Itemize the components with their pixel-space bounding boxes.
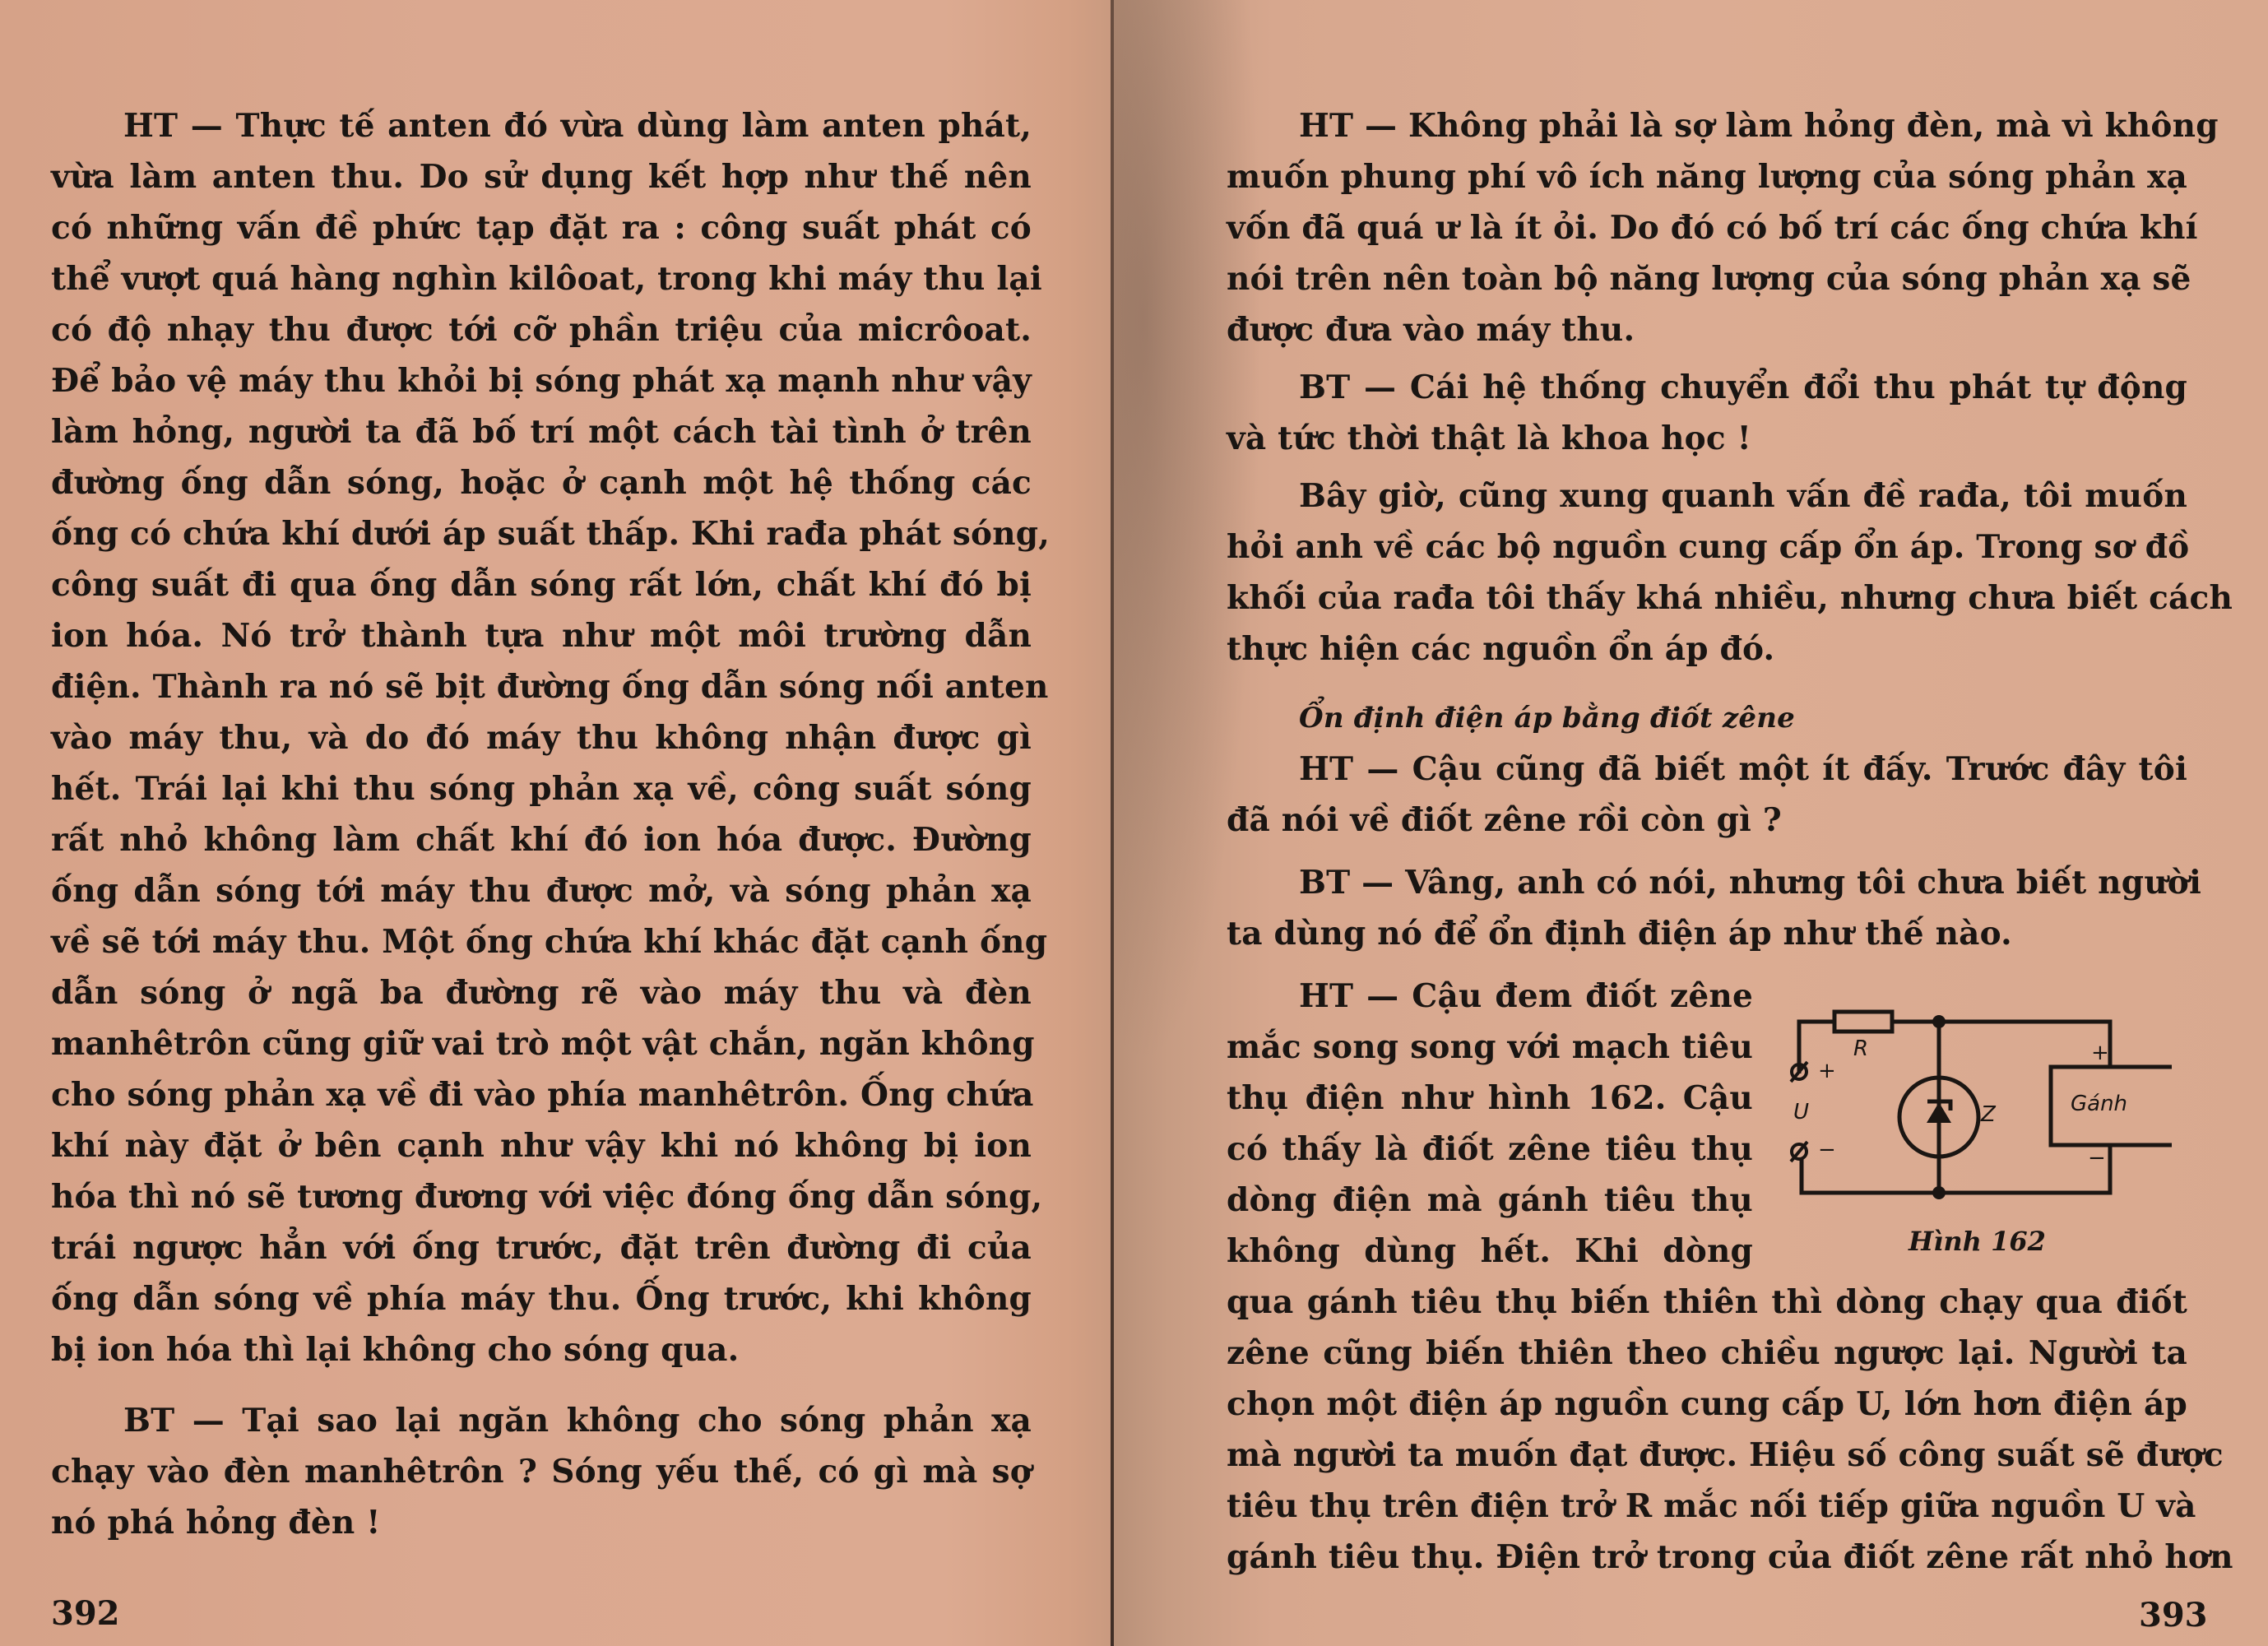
book-spread: HT — Thực tế anten đó vừa dùng làm anten… bbox=[0, 0, 2268, 1646]
text-line: khí này đặt ở bên cạnh như vậy khi nó kh… bbox=[51, 1120, 1032, 1171]
text-line: manhêtrôn cũng giữ vai trò một vật chắn,… bbox=[51, 1018, 1032, 1069]
text-line: đã nói về điốt zêne rồi còn gì ? bbox=[1227, 795, 2187, 846]
text-line: đường ống dẫn sóng, hoặc ở cạnh một hệ t… bbox=[51, 457, 1032, 508]
load-plus-label: + bbox=[2091, 1041, 2109, 1065]
paragraph-gap bbox=[1227, 675, 2187, 693]
resistor-label: R bbox=[1853, 1036, 1868, 1061]
text-line: chạy vào đèn manhêtrôn ? Sóng yếu thế, c… bbox=[51, 1446, 1032, 1497]
figure-caption: Hình 162 bbox=[1909, 1226, 2046, 1257]
text-line: nó phá hỏng đèn ! bbox=[51, 1497, 1032, 1548]
text-line: HT — Thực tế anten đó vừa dùng làm anten… bbox=[51, 100, 1032, 151]
text-line: HT — Cậu cũng đã biết một ít đấy. Trước … bbox=[1227, 744, 2187, 795]
source-label: U bbox=[1793, 1100, 1809, 1124]
paragraph-gap bbox=[1227, 959, 2187, 971]
text-line: BT — Cái hệ thống chuyển đổi thu phát tự… bbox=[1227, 362, 2187, 413]
text-line: được đưa vào máy thu. bbox=[1227, 304, 2187, 355]
zener-label: Z bbox=[1981, 1102, 1996, 1127]
text-line: muốn phung phí vô ích năng lượng của són… bbox=[1227, 151, 2187, 202]
text-line: ion hóa. Nó trở thành tựa như một môi tr… bbox=[51, 610, 1032, 661]
right-page-body: HT — Không phải là sợ làm hỏng đèn, mà v… bbox=[1227, 100, 2187, 1583]
paragraph-gap bbox=[1227, 846, 2187, 857]
text-line: thụ điện như hình 162. Cậu bbox=[1227, 1073, 1753, 1124]
text-line: mà người ta muốn đạt được. Hiệu số công … bbox=[1227, 1430, 2187, 1481]
text-line: thể vượt quá hàng nghìn kilôoat, trong k… bbox=[51, 253, 1032, 304]
text-line: dòng điện mà gánh tiêu thụ bbox=[1227, 1175, 1753, 1226]
text-line: tiêu thụ trên điện trở R mắc nối tiếp gi… bbox=[1227, 1481, 2187, 1532]
junction-node bbox=[1932, 1015, 1946, 1028]
text-line: hóa thì nó sẽ tương đương với việc đóng … bbox=[51, 1171, 1032, 1222]
text-line: vào máy thu, và do đó máy thu không nhận… bbox=[51, 712, 1032, 763]
text-line: thực hiện các nguồn ổn áp đó. bbox=[1227, 624, 2187, 675]
paragraph-gap bbox=[1227, 464, 2187, 471]
text-line: hỏi anh về các bộ nguồn cung cấp ổn áp. … bbox=[1227, 522, 2187, 573]
text-line: HT — Không phải là sợ làm hỏng đèn, mà v… bbox=[1227, 100, 2187, 151]
text-line: qua gánh tiêu thụ biến thiên thì dòng ch… bbox=[1227, 1277, 2187, 1328]
page-number-left: 392 bbox=[51, 1594, 120, 1633]
section-heading: Ổn định điện áp bằng điốt zêne bbox=[1227, 693, 2187, 744]
text-line: vừa làm anten thu. Do sử dụng kết hợp nh… bbox=[51, 151, 1032, 202]
figure-162-zener-circuit: R + U − Z Gánh + − Hình 162 bbox=[1769, 991, 2172, 1263]
text-line: rất nhỏ không làm chất khí đó ion hóa đư… bbox=[51, 814, 1032, 865]
source-minus-label: − bbox=[1818, 1138, 1836, 1162]
text-line: BT — Tại sao lại ngăn không cho sóng phả… bbox=[51, 1395, 1032, 1446]
text-line: Bây giờ, cũng xung quanh vấn đề rađa, tô… bbox=[1227, 471, 2187, 522]
text-line: ống dẫn sóng tới máy thu được mở, và són… bbox=[51, 865, 1032, 916]
text-line: về sẽ tới máy thu. Một ống chứa khí khác… bbox=[51, 916, 1032, 967]
text-line: dẫn sóng ở ngã ba đường rẽ vào máy thu v… bbox=[51, 967, 1032, 1018]
text-line: chọn một điện áp nguồn cung cấp U, lớn h… bbox=[1227, 1379, 2187, 1430]
text-line: cho sóng phản xạ về đi vào phía manhêtrô… bbox=[51, 1069, 1032, 1120]
text-line: vốn đã quá ư là ít ỏi. Do đó có bố trí c… bbox=[1227, 202, 2187, 253]
text-line: công suất đi qua ống dẫn sóng rất lớn, c… bbox=[51, 559, 1032, 610]
page-number-right: 393 bbox=[2139, 1596, 2208, 1634]
text-line: có những vấn đề phức tạp đặt ra : công s… bbox=[51, 202, 1032, 253]
text-line: không dùng hết. Khi dòng bbox=[1227, 1226, 1753, 1277]
text-line: ta dùng nó để ổn định điện áp như thế nà… bbox=[1227, 908, 2187, 959]
text-line: khối của rađa tôi thấy khá nhiều, nhưng … bbox=[1227, 573, 2187, 624]
text-line: BT — Vâng, anh có nói, nhưng tôi chưa bi… bbox=[1227, 857, 2187, 908]
text-line: làm hỏng, người ta đã bố trí một cách tà… bbox=[51, 406, 1032, 457]
text-line: bị ion hóa thì lại không cho sóng qua. bbox=[51, 1324, 1032, 1375]
text-line: mắc song song với mạch tiêu bbox=[1227, 1022, 1753, 1073]
text-line: nói trên nên toàn bộ năng lượng của sóng… bbox=[1227, 253, 2187, 304]
text-line: ống có chứa khí dưới áp suất thấp. Khi r… bbox=[51, 508, 1032, 559]
text-line: điện. Thành ra nó sẽ bịt đường ống dẫn s… bbox=[51, 661, 1032, 712]
book-spine bbox=[1111, 0, 1114, 1646]
source-plus-label: + bbox=[1818, 1059, 1836, 1083]
zener-diode-icon bbox=[1927, 1102, 1951, 1123]
text-line: gánh tiêu thụ. Điện trở trong của điốt z… bbox=[1227, 1532, 2187, 1583]
text-line: và tức thời thật là khoa học ! bbox=[1227, 413, 2187, 464]
text-line: zêne cũng biến thiên theo chiều ngược lạ… bbox=[1227, 1328, 2187, 1379]
text-line: hết. Trái lại khi thu sóng phản xạ về, c… bbox=[51, 763, 1032, 814]
text-line: ống dẫn sóng về phía máy thu. Ống trước,… bbox=[51, 1273, 1032, 1324]
text-line: có thấy là điốt zêne tiêu thụ bbox=[1227, 1124, 1753, 1175]
text-line: HT — Cậu đem điốt zêne bbox=[1227, 971, 1753, 1022]
text-line: có độ nhạy thu được tới cỡ phần triệu củ… bbox=[51, 304, 1032, 355]
paragraph-gap bbox=[1227, 355, 2187, 362]
text-line: trái ngược hẳn với ống trước, đặt trên đ… bbox=[51, 1222, 1032, 1273]
junction-node bbox=[1932, 1186, 1946, 1199]
load-minus-label: − bbox=[2088, 1146, 2106, 1171]
paragraph-gap bbox=[51, 1375, 1032, 1395]
text-line: Để bảo vệ máy thu khỏi bị sóng phát xạ m… bbox=[51, 355, 1032, 406]
left-page-body: HT — Thực tế anten đó vừa dùng làm anten… bbox=[51, 100, 1032, 1548]
load-label: Gánh bbox=[2071, 1092, 2127, 1116]
